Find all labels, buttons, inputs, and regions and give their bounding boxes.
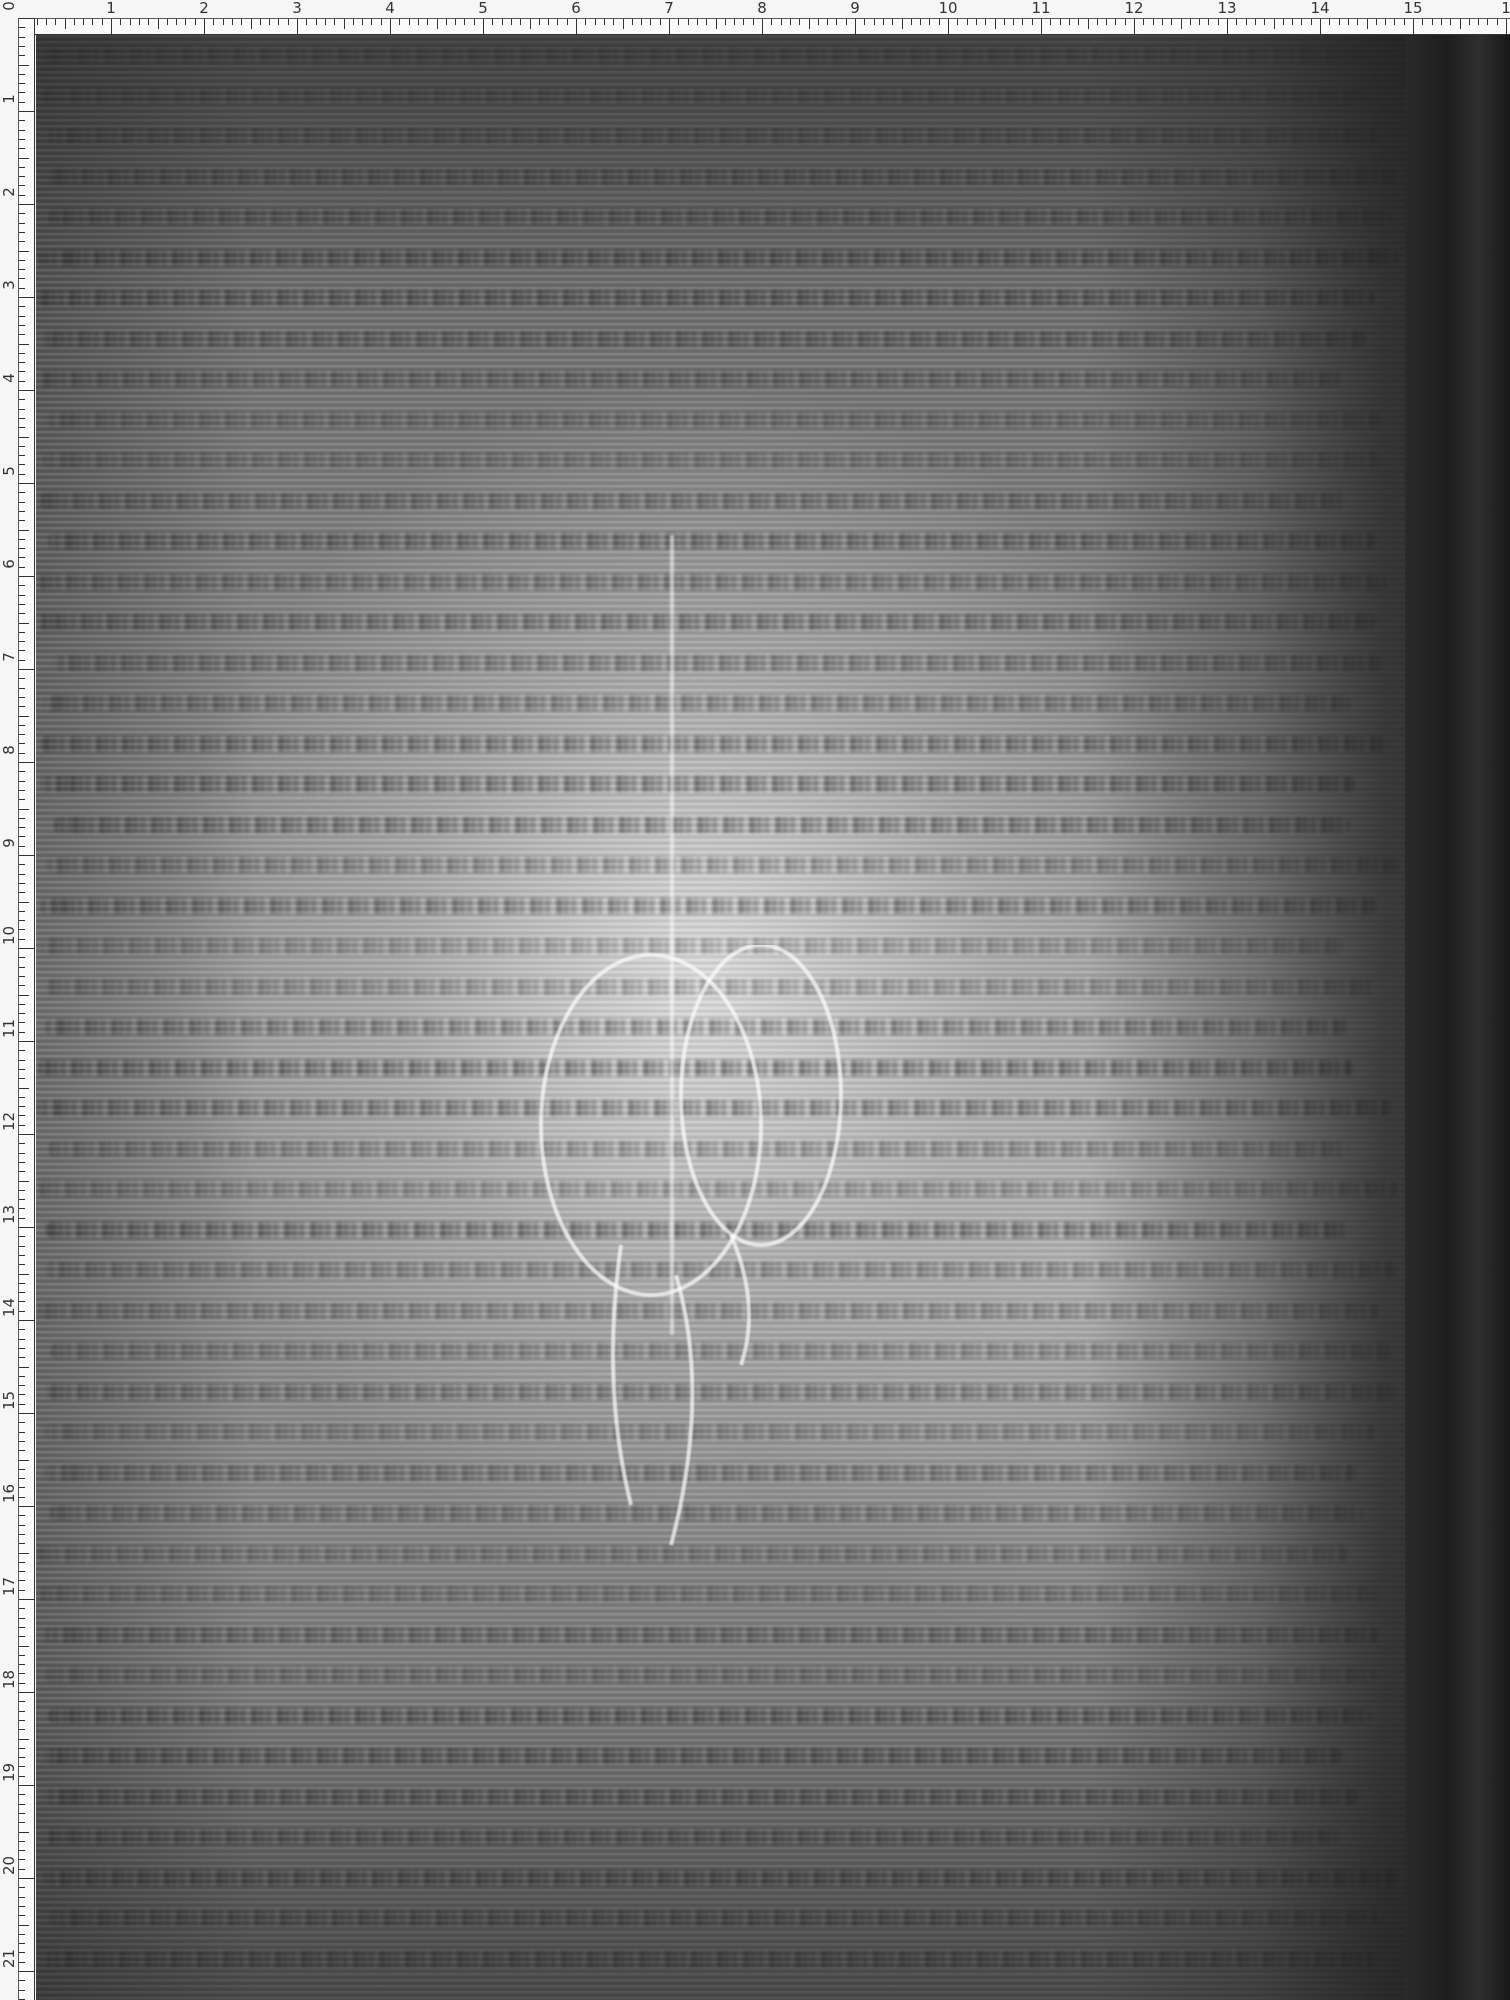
ruler-tick <box>334 19 335 25</box>
ruler-tick <box>19 911 25 912</box>
ruler-tick <box>19 213 25 214</box>
ruler-tick <box>19 1088 29 1089</box>
manuscript-scan-image <box>36 35 1510 2000</box>
ruler-tick <box>1348 19 1349 25</box>
ruler-tick <box>19 195 25 196</box>
ruler-tick <box>19 1208 25 1209</box>
ruler-tick <box>19 511 25 512</box>
ruler-tick <box>19 158 29 159</box>
ruler-tick <box>19 1711 25 1712</box>
ruler-tick <box>362 19 363 25</box>
ruler-tick <box>19 1580 25 1581</box>
ruler-tick <box>19 251 29 252</box>
ruler-tick <box>19 632 25 633</box>
ruler-tick <box>650 19 651 25</box>
ruler-tick <box>1376 19 1377 25</box>
ruler-top-label: 4 <box>385 0 395 16</box>
ruler-tick <box>19 1543 25 1544</box>
ruler-left-label: 18 <box>1 1671 17 1689</box>
ruler-tick <box>19 371 25 372</box>
ruler-tick <box>557 19 558 25</box>
ruler-tick <box>688 19 689 25</box>
ruler-tick <box>1227 19 1228 34</box>
ruler-tick <box>19 1050 25 1051</box>
ruler-tick <box>19 1078 25 1079</box>
ruler-tick <box>623 19 624 29</box>
ruler-tick <box>19 409 25 410</box>
ruler-tick <box>19 1329 25 1330</box>
ruler-tick <box>19 1227 34 1228</box>
ruler-tick <box>19 1636 25 1637</box>
ruler-tick <box>474 19 475 25</box>
ruler-tick <box>251 19 252 29</box>
ruler-tick <box>19 1432 25 1433</box>
ruler-tick <box>920 19 921 25</box>
ruler-tick <box>195 19 196 25</box>
ruler-left-label: 1 <box>1 90 17 108</box>
ruler-tick <box>19 260 25 261</box>
ruler-tick <box>716 19 717 29</box>
ruler-tick <box>1432 19 1433 25</box>
ruler-tick <box>455 19 456 25</box>
ruler-tick <box>19 604 25 605</box>
ruler-left-label: 3 <box>1 276 17 294</box>
ruler-tick <box>19 706 25 707</box>
ruler-tick <box>1487 19 1488 25</box>
ruler-tick <box>92 19 93 25</box>
ruler-tick <box>19 557 25 558</box>
ruler-tick <box>316 19 317 25</box>
ruler-tick <box>19 678 25 679</box>
ruler-tick <box>911 19 912 25</box>
ruler-tick <box>19 306 25 307</box>
ruler-tick <box>19 427 25 428</box>
ruler-tick <box>19 1562 25 1563</box>
ruler-tick <box>19 1618 25 1619</box>
ruler-tick <box>874 19 875 25</box>
ruler-tick <box>1478 19 1479 25</box>
ruler-tick <box>19 37 25 38</box>
ruler-tick <box>19 995 29 996</box>
ruler-tick <box>19 1274 29 1275</box>
ruler-tick <box>1236 19 1237 25</box>
ruler-tick <box>19 1832 29 1833</box>
ruler-tick <box>1115 19 1116 25</box>
ruler-tick <box>1246 19 1247 25</box>
ruler-tick <box>19 120 25 121</box>
ruler-tick <box>19 399 25 400</box>
ruler-tick <box>19 390 34 391</box>
ruler-tick <box>19 1683 25 1684</box>
ruler-tick <box>19 716 29 717</box>
ruler-tick <box>19 902 29 903</box>
ruler-tick <box>1264 19 1265 25</box>
ruler-tick <box>19 957 25 958</box>
ruler-top-label: 1 <box>106 0 116 16</box>
ruler-tick <box>864 19 865 25</box>
ruler-tick <box>19 1394 25 1395</box>
ruler-tick <box>19 1478 25 1479</box>
ruler-tick <box>19 1673 25 1674</box>
ruler-tick <box>1497 19 1498 25</box>
ruler-tick <box>19 1106 25 1107</box>
ruler-tick <box>19 139 25 140</box>
ruler-tick <box>1404 19 1405 25</box>
ruler-tick <box>437 19 438 29</box>
ruler-tick <box>409 19 410 25</box>
ruler-tick <box>669 19 670 34</box>
ruler-top-label: 12 <box>1124 0 1143 16</box>
ruler-top-label: 14 <box>1310 0 1329 16</box>
ruler-tick <box>120 19 121 25</box>
ruler-tick <box>678 19 679 25</box>
ruler-tick <box>19 864 25 865</box>
ruler-tick <box>967 19 968 25</box>
watermark-outline <box>501 945 931 1585</box>
ruler-tick <box>548 19 549 25</box>
ruler-tick <box>939 19 940 25</box>
ruler-tick <box>530 19 531 29</box>
ruler-tick <box>19 1255 25 1256</box>
ruler-tick <box>19 464 25 465</box>
ruler-tick <box>19 1515 25 1516</box>
ruler-tick <box>799 19 800 25</box>
ruler-tick <box>1339 19 1340 25</box>
ruler-tick <box>19 1367 29 1368</box>
ruler-tick <box>19 1897 25 1898</box>
ruler-left-label: 19 <box>1 1764 17 1782</box>
horizontal-ruler: 01234567891011121314151 <box>0 0 1510 34</box>
ruler-tick <box>19 1487 25 1488</box>
ruler-tick <box>19 1032 25 1033</box>
ruler-tick <box>19 1655 25 1656</box>
ruler-tick <box>19 809 29 810</box>
ruler-tick <box>19 55 25 56</box>
ruler-tick <box>1190 19 1191 25</box>
ruler-tick <box>19 1171 25 1172</box>
ruler-tick <box>1013 19 1014 25</box>
ruler-left-label: 14 <box>1 1299 17 1317</box>
ruler-tick <box>19 1218 25 1219</box>
ruler-tick <box>19 1134 34 1135</box>
ruler-top-label: 15 <box>1403 0 1422 16</box>
ruler-tick <box>19 474 25 475</box>
ruler-tick <box>19 1766 25 1767</box>
ruler-left-label: 21 <box>1 1950 17 1968</box>
ruler-tick <box>19 846 25 847</box>
ruler-tick <box>1320 19 1321 34</box>
ruler-tick <box>19 1739 29 1740</box>
ruler-tick <box>19 1422 25 1423</box>
ruler-tick <box>511 19 512 25</box>
ruler-tick <box>1078 19 1079 25</box>
ruler-tick <box>1394 19 1395 25</box>
ruler-tick <box>19 18 34 19</box>
ruler-tick <box>1181 19 1182 29</box>
ruler-tick <box>19 771 25 772</box>
ruler-tick <box>130 19 131 25</box>
ruler-tick <box>902 19 903 29</box>
ruler-tick <box>19 1701 25 1702</box>
ruler-tick <box>660 19 661 25</box>
ruler-tick <box>483 19 484 34</box>
ruler-tick <box>1283 19 1284 25</box>
ruler-tick <box>585 19 586 25</box>
ruler-left-label: 5 <box>1 462 17 480</box>
ruler-tick <box>344 19 345 29</box>
ruler-top-label: 5 <box>478 0 488 16</box>
ruler-tick <box>929 19 930 25</box>
ruler-tick <box>19 1608 25 1609</box>
ruler-tick <box>985 19 986 25</box>
ruler-top-label: 3 <box>292 0 302 16</box>
ruler-tick <box>19 595 25 596</box>
ruler-tick <box>19 520 25 521</box>
ruler-tick <box>19 1181 29 1182</box>
ruler-left-label: 6 <box>1 555 17 573</box>
ruler-tick <box>19 1246 25 1247</box>
ruler-tick <box>502 19 503 25</box>
ruler-tick <box>19 818 25 819</box>
ruler-tick <box>706 19 707 25</box>
ruler-tick <box>632 19 633 25</box>
ruler-tick <box>19 1850 25 1851</box>
ruler-tick <box>19 660 25 661</box>
ruler-tick <box>46 19 47 25</box>
ruler-tick <box>65 19 66 29</box>
ruler-tick <box>19 1934 25 1935</box>
ruler-tick <box>464 19 465 25</box>
ruler-tick <box>1032 19 1033 25</box>
ruler-tick <box>1143 19 1144 25</box>
ruler-tick <box>19 362 25 363</box>
ruler-tick <box>19 167 25 168</box>
ruler-tick <box>1041 19 1042 34</box>
ruler-tick <box>19 1357 25 1358</box>
ruler-top-label: 9 <box>850 0 860 16</box>
ruler-tick <box>37 19 38 25</box>
ruler-tick <box>19 1041 34 1042</box>
ruler-tick <box>1088 19 1089 29</box>
ruler-tick <box>697 19 698 25</box>
ruler-left-label: 16 <box>1 1485 17 1503</box>
ruler-left-label: 15 <box>1 1392 17 1410</box>
ruler-tick <box>976 19 977 25</box>
ruler-top-label: 13 <box>1217 0 1236 16</box>
ruler-tick <box>19 1022 25 1023</box>
ruler-tick <box>19 1980 25 1981</box>
ruler-tick <box>19 1990 25 1991</box>
ruler-tick <box>948 19 949 34</box>
ruler-tick <box>111 19 112 34</box>
ruler-tick <box>19 883 25 884</box>
ruler-tick <box>19 1060 25 1061</box>
ruler-tick <box>353 19 354 25</box>
ruler-tick <box>19 623 29 624</box>
ruler-tick <box>19 1311 25 1312</box>
ruler-tick <box>19 1292 25 1293</box>
ruler-tick <box>19 641 25 642</box>
ruler-tick <box>19 1794 25 1795</box>
ruler-tick <box>19 1943 25 1944</box>
ruler-tick <box>19 976 25 977</box>
ruler-tick <box>19 1162 25 1163</box>
ruler-tick <box>19 548 25 549</box>
ruler-tick <box>604 19 605 25</box>
ruler-tick <box>446 19 447 25</box>
ruler-tick <box>74 19 75 25</box>
ruler-tick <box>19 585 25 586</box>
ruler-tick <box>19 381 25 382</box>
ruler-tick <box>771 19 772 25</box>
ruler-tick <box>19 1320 34 1321</box>
ruler-tick <box>1171 19 1172 25</box>
ruler-tick <box>19 1859 25 1860</box>
ruler-tick <box>19 325 25 326</box>
ruler-tick <box>1050 19 1051 25</box>
ruler-left-label: 2 <box>1 183 17 201</box>
ruler-left-label: 7 <box>1 648 17 666</box>
ruler-tick <box>19 92 25 93</box>
ruler-tick <box>19 539 25 540</box>
ruler-tick <box>288 19 289 25</box>
ruler-tick <box>19 1450 25 1451</box>
ruler-tick <box>892 19 893 25</box>
ruler-tick <box>725 19 726 25</box>
ruler-top-label: 11 <box>1031 0 1050 16</box>
ruler-tick <box>19 892 25 893</box>
ruler-left-label: 8 <box>1 741 17 759</box>
ruler-tick <box>19 1906 25 1907</box>
ruler-top-label: 1 <box>1501 0 1510 16</box>
ruler-tick <box>19 1553 29 1554</box>
ruler-tick <box>19 836 25 837</box>
ruler-tick <box>790 19 791 25</box>
ruler-tick <box>19 1952 25 1953</box>
ruler-tick <box>19 939 25 940</box>
ruler-tick <box>19 855 34 856</box>
ruler-tick <box>223 19 224 25</box>
ruler-tick <box>19 1599 34 1600</box>
ruler-tick <box>19 185 25 186</box>
ruler-tick <box>19 1915 25 1916</box>
ruler-left-label: 9 <box>1 834 17 852</box>
ruler-tick <box>1422 19 1423 25</box>
ruler-tick <box>19 1841 25 1842</box>
ruler-tick <box>19 492 25 493</box>
ruler-tick <box>19 1497 25 1498</box>
ruler-tick <box>19 669 34 670</box>
ruler-tick <box>19 530 29 531</box>
ruler-tick <box>1460 19 1461 29</box>
ruler-tick <box>19 269 25 270</box>
ruler-tick <box>19 948 34 949</box>
ruler-tick <box>19 1729 25 1730</box>
ruler-tick <box>1060 19 1061 25</box>
ruler-tick <box>19 1822 25 1823</box>
ruler-tick <box>83 19 84 25</box>
ruler-left-label: 10 <box>1 927 17 945</box>
ruler-tick <box>19 316 25 317</box>
ruler-tick <box>1367 19 1368 29</box>
ruler-tick <box>19 1757 25 1758</box>
ruler-tick <box>567 19 568 25</box>
ruler-tick <box>102 19 103 25</box>
ruler-tick <box>762 19 763 34</box>
ruler-tick <box>19 1785 34 1786</box>
ruler-tick <box>269 19 270 25</box>
ruler-tick <box>19 1004 25 1005</box>
ruler-tick <box>19 148 25 149</box>
ruler-tick <box>325 19 326 25</box>
ruler-tick <box>1162 19 1163 25</box>
ruler-tick <box>1311 19 1312 25</box>
ruler-tick <box>19 1813 25 1814</box>
ruler-tick <box>19 27 25 28</box>
ruler-tick <box>19 1376 25 1377</box>
ruler-tick <box>19 1413 34 1414</box>
ruler-tick <box>19 985 25 986</box>
ruler-tick <box>19 799 25 800</box>
ruler-tick <box>19 743 25 744</box>
ruler-tick <box>19 1404 25 1405</box>
ruler-tick <box>19 502 25 503</box>
ruler-tick <box>19 1013 25 1014</box>
ruler-tick <box>1301 19 1302 25</box>
ruler-top-label: 7 <box>664 0 674 16</box>
ruler-tick <box>19 1571 25 1572</box>
ruler-tick <box>19 827 25 828</box>
ruler-tick <box>836 19 837 25</box>
ruler-tick <box>19 1460 29 1461</box>
ruler-left-label: 12 <box>1 1113 17 1131</box>
ruler-tick <box>818 19 819 25</box>
ruler-tick <box>19 1236 25 1237</box>
ruler-tick <box>1022 19 1023 25</box>
ruler-tick <box>185 19 186 25</box>
ruler-tick <box>427 19 428 25</box>
ruler-tick <box>883 19 884 25</box>
ruler-tick <box>19 1153 25 1154</box>
ruler-tick <box>19 1441 25 1442</box>
ruler-tick <box>19 223 25 224</box>
ruler-left-label: 11 <box>1 1020 17 1038</box>
ruler-tick <box>19 446 25 447</box>
ruler-tick <box>19 46 25 47</box>
ruler-tick <box>297 19 298 34</box>
ruler-tick <box>781 19 782 25</box>
ruler-tick <box>1441 19 1442 25</box>
ruler-tick <box>19 697 25 698</box>
ruler-tick <box>1153 19 1154 25</box>
ruler-tick <box>371 19 372 25</box>
ruler-tick <box>492 19 493 25</box>
ruler-tick <box>846 19 847 25</box>
ruler-tick <box>399 19 400 25</box>
ruler-tick <box>995 19 996 29</box>
ruler-tick <box>19 1301 25 1302</box>
ruler-tick <box>19 102 25 103</box>
ruler-tick <box>520 19 521 25</box>
ruler-tick <box>19 111 34 112</box>
ruler-tick <box>418 19 419 25</box>
ruler-left-label: 20 <box>1 1857 17 1875</box>
ruler-tick <box>19 83 25 84</box>
ruler-tick <box>19 1143 25 1144</box>
ruler-tick <box>19 790 25 791</box>
ruler-tick <box>260 19 261 25</box>
ruler-tick <box>19 204 34 205</box>
